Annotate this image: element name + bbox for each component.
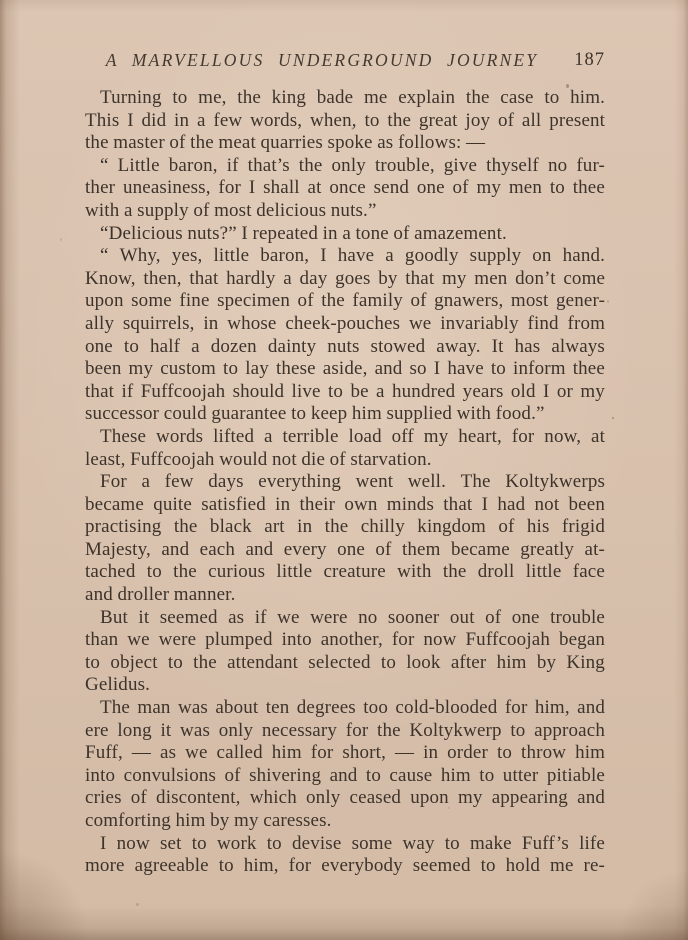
- text-line: Butitseemedasifwewerenosooneroutofonetro…: [85, 607, 605, 630]
- text-line: anddrollermanner.: [85, 584, 605, 607]
- text-line: erelongitwasonlynecessaryfortheKoltykwer…: [85, 720, 605, 743]
- running-header: A MARVELLOUS UNDERGROUND JOURNEY 187: [85, 50, 605, 72]
- running-header-title: A MARVELLOUS UNDERGROUND JOURNEY: [85, 50, 605, 71]
- paragraph: InowsettoworktodevisesomewaytomakeFuff’s…: [85, 833, 605, 878]
- text-line: Fuff,—aswecalledhimforshort,—inordertoth…: [85, 742, 605, 765]
- text-line: InowsettoworktodevisesomewaytomakeFuff’s…: [85, 833, 605, 856]
- text-line: ThisIdidinafewwords,when,tothegreatjoyof…: [85, 110, 605, 133]
- paragraph: Thesewordsliftedaterribleloadoffmyheart,…: [85, 426, 605, 471]
- text-line: moreagreeabletohim,foreverybodyseemedtoh…: [85, 855, 605, 878]
- text-line: uponsomefinespecimenofthefamilyofgnawers…: [85, 290, 605, 313]
- text-line: Turningtome,thekingbademeexplainthecaset…: [85, 87, 605, 110]
- paragraph: Turningtome,thekingbademeexplainthecaset…: [85, 87, 605, 155]
- text-line: allysquirrels,inwhosecheek-pouchesweinva…: [85, 313, 605, 336]
- text-line: criesofdiscontent,whichonlyceaseduponmya…: [85, 787, 605, 810]
- page-number: 187: [574, 50, 605, 71]
- text-line: tachedtothecuriouslittlecreaturewiththed…: [85, 561, 605, 584]
- text-line: toobjecttotheattendantselectedtolookafte…: [85, 652, 605, 675]
- text-line: Know,then,thathardlyadaygoesbythatmymend…: [85, 268, 605, 291]
- text-line: Forafewdayseverythingwentwell.TheKoltykw…: [85, 471, 605, 494]
- page-text: Turningtome,thekingbademeexplainthecaset…: [85, 87, 605, 878]
- paragraph: “Littlebaron,ifthat’stheonlytrouble,give…: [85, 155, 605, 223]
- text-line: Majesty,andeachandeveryoneofthembecamegr…: [85, 539, 605, 562]
- text-line: thanwewereplumpedintoanother,fornowFuffc…: [85, 629, 605, 652]
- paragraph: Forafewdayseverythingwentwell.TheKoltykw…: [85, 471, 605, 607]
- text-line: onetohalfadozendaintynutsstowedaway.Itha…: [85, 336, 605, 359]
- paragraph: Butitseemedasifwewerenosooneroutofonetro…: [85, 607, 605, 697]
- text-line: “Why,yes,littlebaron,Ihaveagoodlysupplyo…: [85, 245, 605, 268]
- text-line: least,Fuffcoojahwouldnotdieofstarvation.: [85, 449, 605, 472]
- text-line: theruneasiness,forIshallatoncesendoneofm…: [85, 177, 605, 200]
- text-line: Themanwasabouttendegreestoocold-bloodedf…: [85, 697, 605, 720]
- text-line: “Deliciousnuts?”Irepeatedinatoneofamazem…: [85, 223, 605, 246]
- text-line: “Littlebaron,ifthat’stheonlytrouble,give…: [85, 155, 605, 178]
- paragraph: Themanwasabouttendegreestoocold-bloodedf…: [85, 697, 605, 833]
- text-line: themasterofthemeatquarriesspokeasfollows…: [85, 132, 605, 155]
- text-line: becamequitesatisfiedintheirownmindsthatI…: [85, 494, 605, 517]
- text-line: Thesewordsliftedaterribleloadoffmyheart,…: [85, 426, 605, 449]
- text-line: withasupplyofmostdeliciousnuts.”: [85, 200, 605, 223]
- text-line: thatifFuffcoojahshouldlivetobeahundredye…: [85, 381, 605, 404]
- book-page: A MARVELLOUS UNDERGROUND JOURNEY 187 Tur…: [0, 0, 688, 940]
- text-line: Gelidus.: [85, 674, 605, 697]
- paragraph: “Deliciousnuts?”Irepeatedinatoneofamazem…: [85, 223, 605, 246]
- text-line: beenmycustomtolaytheseaside,andsoIhaveto…: [85, 358, 605, 381]
- text-line: intoconvulsionsofshiveringandtocausehimt…: [85, 765, 605, 788]
- text-line: successorcouldguaranteetokeephimsupplied…: [85, 403, 605, 426]
- paragraph: “Why,yes,littlebaron,Ihaveagoodlysupplyo…: [85, 245, 605, 426]
- text-line: comfortinghimbymycaresses.: [85, 810, 605, 833]
- text-line: practisingtheblackartinthechillykingdomo…: [85, 516, 605, 539]
